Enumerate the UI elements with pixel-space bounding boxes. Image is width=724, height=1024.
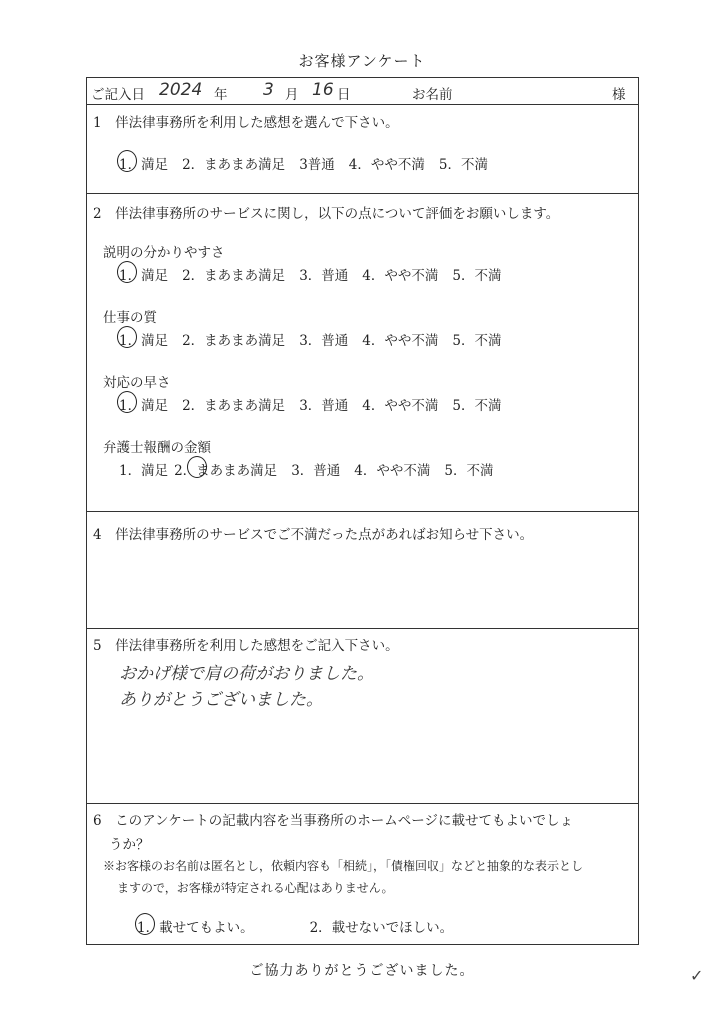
question-6-note-line-2: ますので，お客様が特定される心配はありません。 <box>117 879 393 896</box>
question-6-section: 6 このアンケートの記載内容を当事務所のホームページに載せてもよいでしょ うか？… <box>87 804 638 946</box>
item-speed-options: 1．満足2．まあまあ満足3．普通4．やや不満5．不満 <box>119 394 515 414</box>
option-somewhat-dissatisfied[interactable]: 4．やや不満 <box>349 153 425 173</box>
question-4-section: 4 伴法律事務所のサービスでご不満だった点があればお知らせ下さい。 <box>87 512 638 629</box>
question-6-text-line-1: 6 このアンケートの記載内容を当事務所のホームページに載せてもよいでしょ <box>93 809 573 829</box>
option-neutral[interactable]: 3．普通 <box>299 264 348 284</box>
day-label: 日 <box>337 83 351 103</box>
thank-you-footer: ご協力ありがとうございました。 <box>0 960 724 980</box>
selected-circle-mark <box>117 326 137 348</box>
question-5-answer-line-2[interactable]: ありがとうございました。 <box>119 685 323 710</box>
name-label: お名前 <box>412 83 453 103</box>
option-neutral[interactable]: 3．普通 <box>299 329 348 349</box>
day-field[interactable]: 16 <box>312 80 334 100</box>
question-1-section: 1 伴法律事務所を利用した感想を選んで下さい。 1．満足2．まあまあ満足3普通4… <box>87 105 638 194</box>
option-neutral[interactable]: 3．普通 <box>291 459 340 479</box>
option-somewhat-dissatisfied[interactable]: 4．やや不満 <box>362 264 438 284</box>
option-dissatisfied[interactable]: 5．不満 <box>439 153 488 173</box>
selected-circle-mark <box>117 150 137 172</box>
question-2-text: 2 伴法律事務所のサービスに関し，以下の点について評価をお願いします。 <box>93 202 559 222</box>
question-5-text: 5 伴法律事務所を利用した感想をご記入下さい。 <box>93 634 399 654</box>
option-satisfied[interactable]: 1．満足 <box>119 459 168 479</box>
option-dissatisfied[interactable]: 5．不満 <box>452 394 501 414</box>
option-somewhat-satisfied[interactable]: 2．まあまあ満足 <box>182 264 285 284</box>
month-label: 月 <box>285 83 299 103</box>
option-somewhat-dissatisfied[interactable]: 4．やや不満 <box>362 394 438 414</box>
question-5-section: 5 伴法律事務所を利用した感想をご記入下さい。 おかげ様で肩の荷がおりました。 … <box>87 629 638 804</box>
option-dissatisfied[interactable]: 5．不満 <box>452 329 501 349</box>
question-6-note-line-1: ※お客様のお名前は匿名とし，依頼内容も「相続」，「債権回収」などと抽象的な表示と… <box>103 857 583 874</box>
item-fee-label: 弁護士報酬の金額 <box>103 436 211 456</box>
date-label: ご記入日 <box>91 83 145 103</box>
question-4-text: 4 伴法律事務所のサービスでご不満だった点があればお知らせ下さい。 <box>93 523 533 543</box>
option-somewhat-satisfied[interactable]: 2．まあまあ満足 <box>182 153 285 173</box>
option-neutral[interactable]: 3普通 <box>299 153 335 173</box>
question-2-section: 2 伴法律事務所のサービスに関し，以下の点について評価をお願いします。 説明の分… <box>87 194 638 512</box>
question-5-answer-line-1[interactable]: おかげ様で肩の荷がおりました。 <box>119 659 374 684</box>
header-row: ご記入日 2024 年 3 月 16 日 お名前 様 <box>87 78 638 105</box>
selected-circle-mark <box>117 261 137 283</box>
question-6-options: 1．載せてもよい。2．載せないでほしい。 <box>137 916 467 936</box>
question-4-answer-area[interactable] <box>93 547 631 622</box>
option-somewhat-satisfied[interactable]: 2．まあまあ満足 <box>182 394 285 414</box>
option-disallow-publish[interactable]: 2．載せないでほしい。 <box>310 916 454 936</box>
survey-form: ご記入日 2024 年 3 月 16 日 お名前 様 1 伴法律事務所を利用した… <box>86 77 639 945</box>
question-1-options: 1．満足2．まあまあ満足3普通4．やや不満5．不満 <box>119 153 502 173</box>
checkmark-icon: ✓ <box>690 966 703 985</box>
item-quality-label: 仕事の質 <box>103 306 157 326</box>
year-field[interactable]: 2024 <box>159 80 202 100</box>
selected-circle-mark <box>135 913 155 935</box>
selected-circle-mark <box>187 456 207 478</box>
option-dissatisfied[interactable]: 5．不満 <box>452 264 501 284</box>
option-somewhat-dissatisfied[interactable]: 4．やや不満 <box>362 329 438 349</box>
honorific-label: 様 <box>612 83 626 103</box>
option-somewhat-satisfied[interactable]: 2．まあまあ満足 <box>182 329 285 349</box>
selected-circle-mark <box>117 391 137 413</box>
item-fee-options: 1．満足2．まあまあ満足3．普通4．やや不満5．不満 <box>119 459 507 479</box>
month-field[interactable]: 3 <box>263 80 274 100</box>
option-somewhat-dissatisfied[interactable]: 4．やや不満 <box>354 459 430 479</box>
option-dissatisfied[interactable]: 5．不満 <box>444 459 493 479</box>
item-clarity-label: 説明の分かりやすさ <box>103 241 225 261</box>
item-quality-options: 1．満足2．まあまあ満足3．普通4．やや不満5．不満 <box>119 329 515 349</box>
year-label: 年 <box>214 83 228 103</box>
item-speed-label: 対応の早さ <box>103 371 171 391</box>
item-clarity-options: 1．満足2．まあまあ満足3．普通4．やや不満5．不満 <box>119 264 515 284</box>
option-neutral[interactable]: 3．普通 <box>299 394 348 414</box>
question-1-text: 1 伴法律事務所を利用した感想を選んで下さい。 <box>93 111 399 131</box>
question-6-text-line-2: うか？ <box>109 833 150 853</box>
form-title: お客様アンケート <box>0 50 724 71</box>
